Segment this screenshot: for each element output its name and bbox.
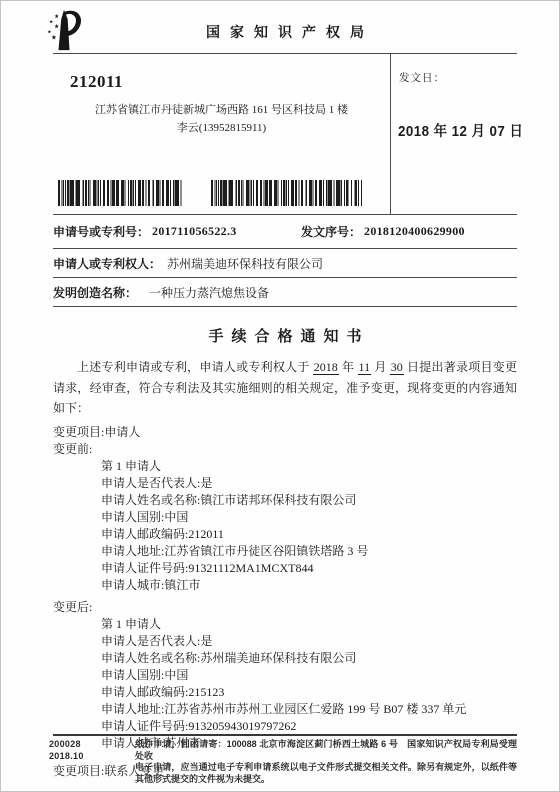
notice-paragraph: 上述专利申请或专利，申请人或专利权人于 2018 年 11 月 30 日提出著录… xyxy=(53,357,517,419)
dispatch-date-value: 2018 年 12 月 07 日 xyxy=(398,120,523,141)
vertical-divider xyxy=(390,54,391,214)
change-line: 申请人证件号码:91321112MA1MCXT844 xyxy=(53,560,517,577)
barcode-icon xyxy=(58,180,182,206)
before-change-label: 变更前: xyxy=(53,441,517,458)
change-line: 第 1 申请人 xyxy=(53,616,517,633)
patent-notice-document: 国家知识产权局 212011 江苏省镇江市丹徒新城广场西路 161 号区科技局 … xyxy=(0,0,560,792)
change-details: 变更项目:申请人 变更前: 第 1 申请人 申请人是否代表人:是 申请人姓名或名… xyxy=(53,424,517,780)
addressee-contact: 李云(13952815911) xyxy=(53,119,390,135)
change-line: 申请人邮政编码:212011 xyxy=(53,526,517,543)
applicant-row: 申请人或专利权人： 苏州瑞美迪环保科技有限公司 xyxy=(53,249,517,278)
document-footer: 200028 2018.10 纸件申请，回函请寄：100088 北京市海淀区蓟门… xyxy=(53,734,517,785)
serial-number-group: 发文序号： 2018120400629900 xyxy=(301,223,465,240)
footer-form-code: 200028 xyxy=(49,739,135,751)
application-number-label: 申请号或专利号： xyxy=(53,223,149,240)
change-line: 第 1 申请人 xyxy=(53,458,517,475)
application-number-row: 申请号或专利号： 201711056522.3 发文序号： 2018120400… xyxy=(53,215,517,249)
change-line: 申请人国别:中国 xyxy=(53,509,517,526)
document-header: 国家知识产权局 xyxy=(53,1,517,54)
applicant-value: 苏州瑞美迪环保科技有限公司 xyxy=(167,255,323,272)
serial-number-value: 2018120400629900 xyxy=(364,224,465,239)
invention-value: 一种压力蒸汽熄焦设备 xyxy=(149,284,269,301)
applicant-label: 申请人或专利权人： xyxy=(53,255,161,272)
invention-label: 发明创造名称： xyxy=(53,284,137,301)
change-line: 申请人是否代表人:是 xyxy=(53,475,517,492)
application-number-value: 201711056522.3 xyxy=(152,224,237,239)
paragraph-text: 月 xyxy=(371,360,390,374)
paragraph-text: 上述专利申请或专利，申请人或专利权人于 xyxy=(77,360,313,374)
change-line: 申请人城市:镇江市 xyxy=(53,577,517,594)
addressee-address: 江苏省镇江市丹徒新城广场西路 161 号区科技局 1 楼 xyxy=(53,101,390,117)
change-line: 申请人证件号码:913205943019797262 xyxy=(53,718,517,735)
addressee-postal-code: 212011 xyxy=(70,72,123,92)
notice-title: 手续合格通知书 xyxy=(53,325,517,346)
request-day: 30 xyxy=(390,360,404,375)
agency-title: 国家知识产权局 xyxy=(53,1,517,42)
serial-number-label: 发文序号： xyxy=(301,223,361,240)
footer-paper-instruction: 纸件申请，回函请寄：100088 北京市海淀区蓟门桥西土城路 6 号 国家知识产… xyxy=(135,739,517,762)
cnipa-emblem-logo xyxy=(43,8,85,52)
request-month: 11 xyxy=(358,360,372,375)
addressee-section: 212011 江苏省镇江市丹徒新城广场西路 161 号区科技局 1 楼 李云(1… xyxy=(53,54,517,215)
change-item-line: 变更项目:申请人 xyxy=(53,424,517,441)
after-change-label: 变更后: xyxy=(53,599,517,616)
footer-electronic-instruction: 电子申请，应当通过电子专利申请系统以电子文件形式提交相关文件。除另有规定外，以纸… xyxy=(135,762,517,785)
footer-codes: 200028 2018.10 xyxy=(49,739,135,785)
change-line: 申请人姓名或名称:苏州瑞美迪环保科技有限公司 xyxy=(53,650,517,667)
change-line: 申请人邮政编码:215123 xyxy=(53,684,517,701)
footer-instructions: 纸件申请，回函请寄：100088 北京市海淀区蓟门桥西土城路 6 号 国家知识产… xyxy=(135,739,517,785)
paragraph-text: 年 xyxy=(339,360,358,374)
change-line: 申请人姓名或名称:镇江市诺邦环保科技有限公司 xyxy=(53,492,517,509)
footer-revision-date: 2018.10 xyxy=(49,751,135,763)
change-line: 申请人国别:中国 xyxy=(53,667,517,684)
dispatch-date-label: 发文日： xyxy=(399,70,445,85)
change-line: 申请人地址:江苏省镇江市丹徒区谷阳镇铁塔路 3 号 xyxy=(53,543,517,560)
barcode-icon xyxy=(211,180,362,206)
change-line: 申请人是否代表人:是 xyxy=(53,633,517,650)
invention-row: 发明创造名称： 一种压力蒸汽熄焦设备 xyxy=(53,278,517,307)
request-year: 2018 xyxy=(313,360,339,375)
change-line: 申请人地址:江苏省苏州市苏州工业园区仁爱路 199 号 B07 楼 337 单元 xyxy=(53,701,517,718)
document-content: 国家知识产权局 212011 江苏省镇江市丹徒新城广场西路 161 号区科技局 … xyxy=(53,1,517,780)
